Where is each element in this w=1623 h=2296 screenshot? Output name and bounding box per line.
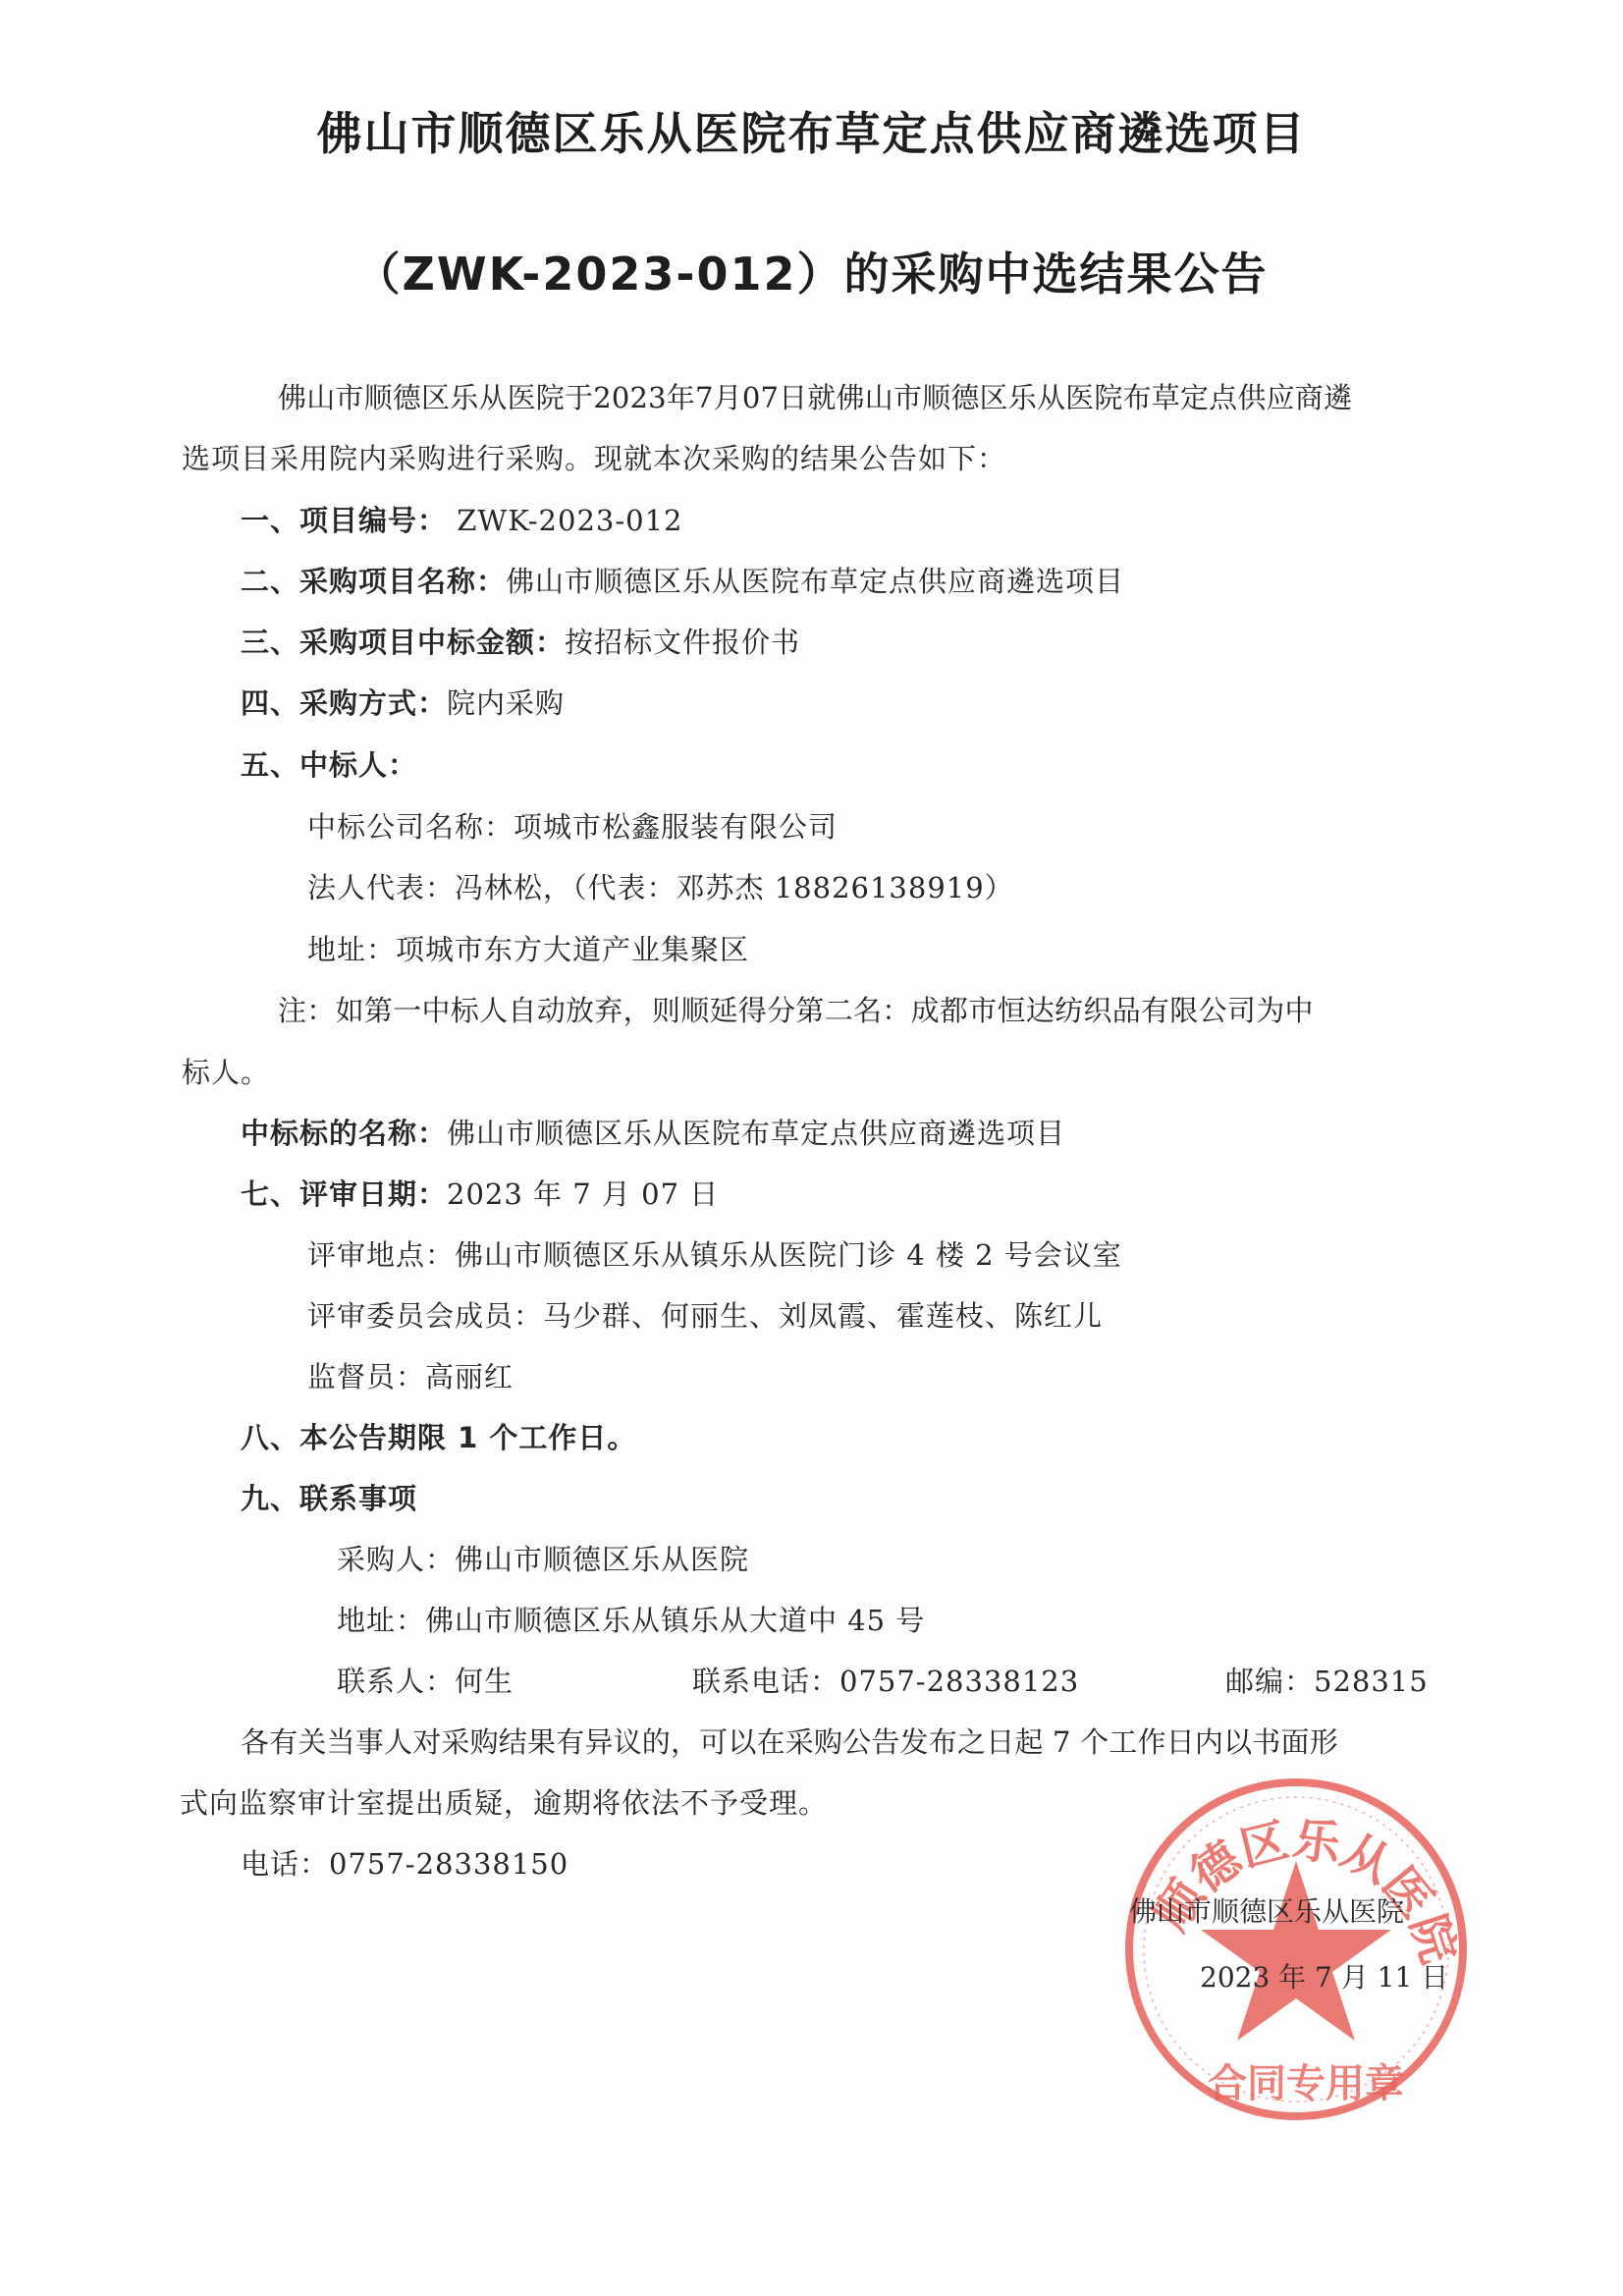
project-number: 一、项目编号： ZWK-2023-012	[241, 499, 683, 539]
signature-org: 佛山市顺德区乐从医院	[1129, 1890, 1404, 1930]
intro-paragraph-line2: 选项目采用院内采购进行采购。现就本次采购的结果公告如下：	[182, 437, 1006, 477]
document-title-line2: （ZWK-2023-012）的采购中选结果公告	[0, 239, 1623, 303]
bid-amount-label: 三、采购项目中标金额：	[241, 626, 565, 659]
review-committee: 评审委员会成员：马少群、何丽生、刘凤霞、霍莲枝、陈红儿	[307, 1294, 1103, 1335]
winner-company: 中标公司名称：项城市松鑫服装有限公司	[307, 805, 838, 846]
subject-name-value: 佛山市顺德区乐从医院布草定点供应商遴选项目	[447, 1117, 1065, 1150]
review-date-label: 七、评审日期：	[241, 1177, 447, 1211]
svg-text:合同专用章: 合同专用章	[1208, 2061, 1404, 2106]
review-supervisor: 监督员：高丽红	[307, 1355, 514, 1395]
bid-amount-value: 按招标文件报价书	[565, 626, 800, 659]
project-name-label: 二、采购项目名称：	[241, 565, 506, 598]
contact-postcode: 邮编：528315	[1225, 1660, 1429, 1700]
procurement-method-value: 院内采购	[447, 686, 565, 720]
objection-line1: 各有关当事人对采购结果有异议的，可以在采购公告发布之日起 7 个工作日内以书面形	[241, 1721, 1338, 1761]
winner-address: 地址：项城市东方大道产业集聚区	[307, 928, 749, 968]
contact-heading: 九、联系事项	[241, 1477, 417, 1517]
project-number-value: ZWK-2023-012	[447, 504, 682, 537]
official-seal: 顺德区乐从医院 合同专用章	[1114, 1768, 1478, 2131]
review-date-value: 2023 年 7 月 07 日	[447, 1177, 719, 1211]
procurement-method: 四、采购方式：院内采购	[241, 682, 565, 722]
document-title-line1: 佛山市顺德区乐从医院布草定点供应商遴选项目	[0, 98, 1623, 163]
contact-person: 联系人：何生	[337, 1660, 514, 1700]
project-number-label: 一、项目编号：	[241, 504, 447, 537]
objection-line2: 式向监察审计室提出质疑，逾期将依法不予受理。	[180, 1781, 828, 1822]
review-location: 评审地点：佛山市顺德区乐从镇乐从医院门诊 4 楼 2 号会议室	[307, 1233, 1122, 1274]
bid-amount: 三、采购项目中标金额：按招标文件报价书	[241, 621, 800, 661]
winner-legal-rep: 法人代表：冯林松，（代表：邓苏杰 18826138919）	[307, 866, 1014, 906]
signature-date: 2023 年 7 月 11 日	[1200, 1956, 1448, 1995]
contact-phone: 联系电话：0757-28338123	[692, 1660, 1079, 1700]
seal-stamp-icon: 顺德区乐从医院 合同专用章	[1114, 1768, 1478, 2131]
subject-name: 中标标的名称：佛山市顺德区乐从医院布草定点供应商遴选项目	[241, 1112, 1065, 1152]
project-name-value: 佛山市顺德区乐从医院布草定点供应商遴选项目	[506, 565, 1124, 598]
winner-note-line2: 标人。	[182, 1051, 270, 1091]
winner-heading: 五、中标人：	[241, 743, 417, 784]
review-date: 七、评审日期：2023 年 7 月 07 日	[241, 1173, 719, 1213]
winner-note-line1: 注：如第一中标人自动放弃，则顺延得分第二名：成都市恒达纺织品有限公司为中	[278, 989, 1314, 1029]
subject-name-label: 中标标的名称：	[241, 1117, 447, 1150]
intro-paragraph-line1: 佛山市顺德区乐从医院于2023年7月07日就佛山市顺德区乐从医院布草定点供应商遴	[278, 376, 1352, 416]
contact-purchaser: 采购人：佛山市顺德区乐从医院	[337, 1538, 749, 1578]
notice-period: 八、本公告期限 1 个工作日。	[241, 1416, 636, 1456]
project-name: 二、采购项目名称：佛山市顺德区乐从医院布草定点供应商遴选项目	[241, 560, 1124, 600]
procurement-method-label: 四、采购方式：	[241, 686, 447, 720]
contact-address: 地址：佛山市顺德区乐从镇乐从大道中 45 号	[337, 1599, 925, 1639]
phone-footer: 电话：0757-28338150	[241, 1842, 568, 1883]
